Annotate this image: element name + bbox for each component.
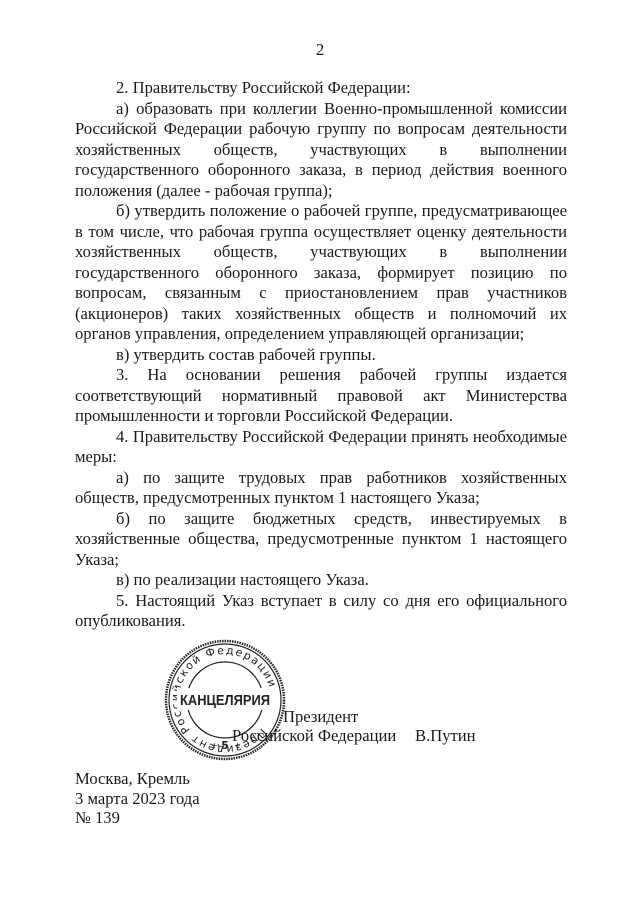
paragraph-2: 2. Правительству Российской Федерации: [75, 78, 567, 99]
svg-text:+: + [211, 741, 218, 750]
footer-date: 3 марта 2023 года [75, 789, 200, 809]
paragraph-4b: б) по защите бюджетных средств, инвестир… [75, 509, 567, 571]
decree-body: 2. Правительству Российской Федерации: а… [75, 78, 567, 632]
footer-number: № 139 [75, 808, 200, 828]
paragraph-3: 3. На основании решения рабочей группы и… [75, 365, 567, 427]
paragraph-2v: в) утвердить состав рабочей группы. [75, 345, 567, 366]
paragraph-2a: а) образовать при коллегии Военно-промыш… [75, 99, 567, 202]
stamp-center-text: КАНЦЕЛЯРИЯ [180, 692, 270, 709]
paragraph-2b: б) утвердить положение о рабочей группе,… [75, 201, 567, 345]
signatory-name: В.Путин [415, 726, 476, 746]
paragraph-4: 4. Правительству Российской Федерации пр… [75, 427, 567, 468]
signature-title: Президент [283, 707, 358, 727]
paragraph-4a: а) по защите трудовых прав работников хо… [75, 468, 567, 509]
stamp-number: 5 [221, 739, 229, 752]
signature-organization: Российской Федерации [232, 726, 396, 746]
document-footer: Москва, Кремль 3 марта 2023 года № 139 [75, 769, 200, 828]
page-number: 2 [0, 40, 640, 60]
paragraph-4v: в) по реализации настоящего Указа. [75, 570, 567, 591]
paragraph-5: 5. Настоящий Указ вступает в силу со дня… [75, 591, 567, 632]
footer-place: Москва, Кремль [75, 769, 200, 789]
